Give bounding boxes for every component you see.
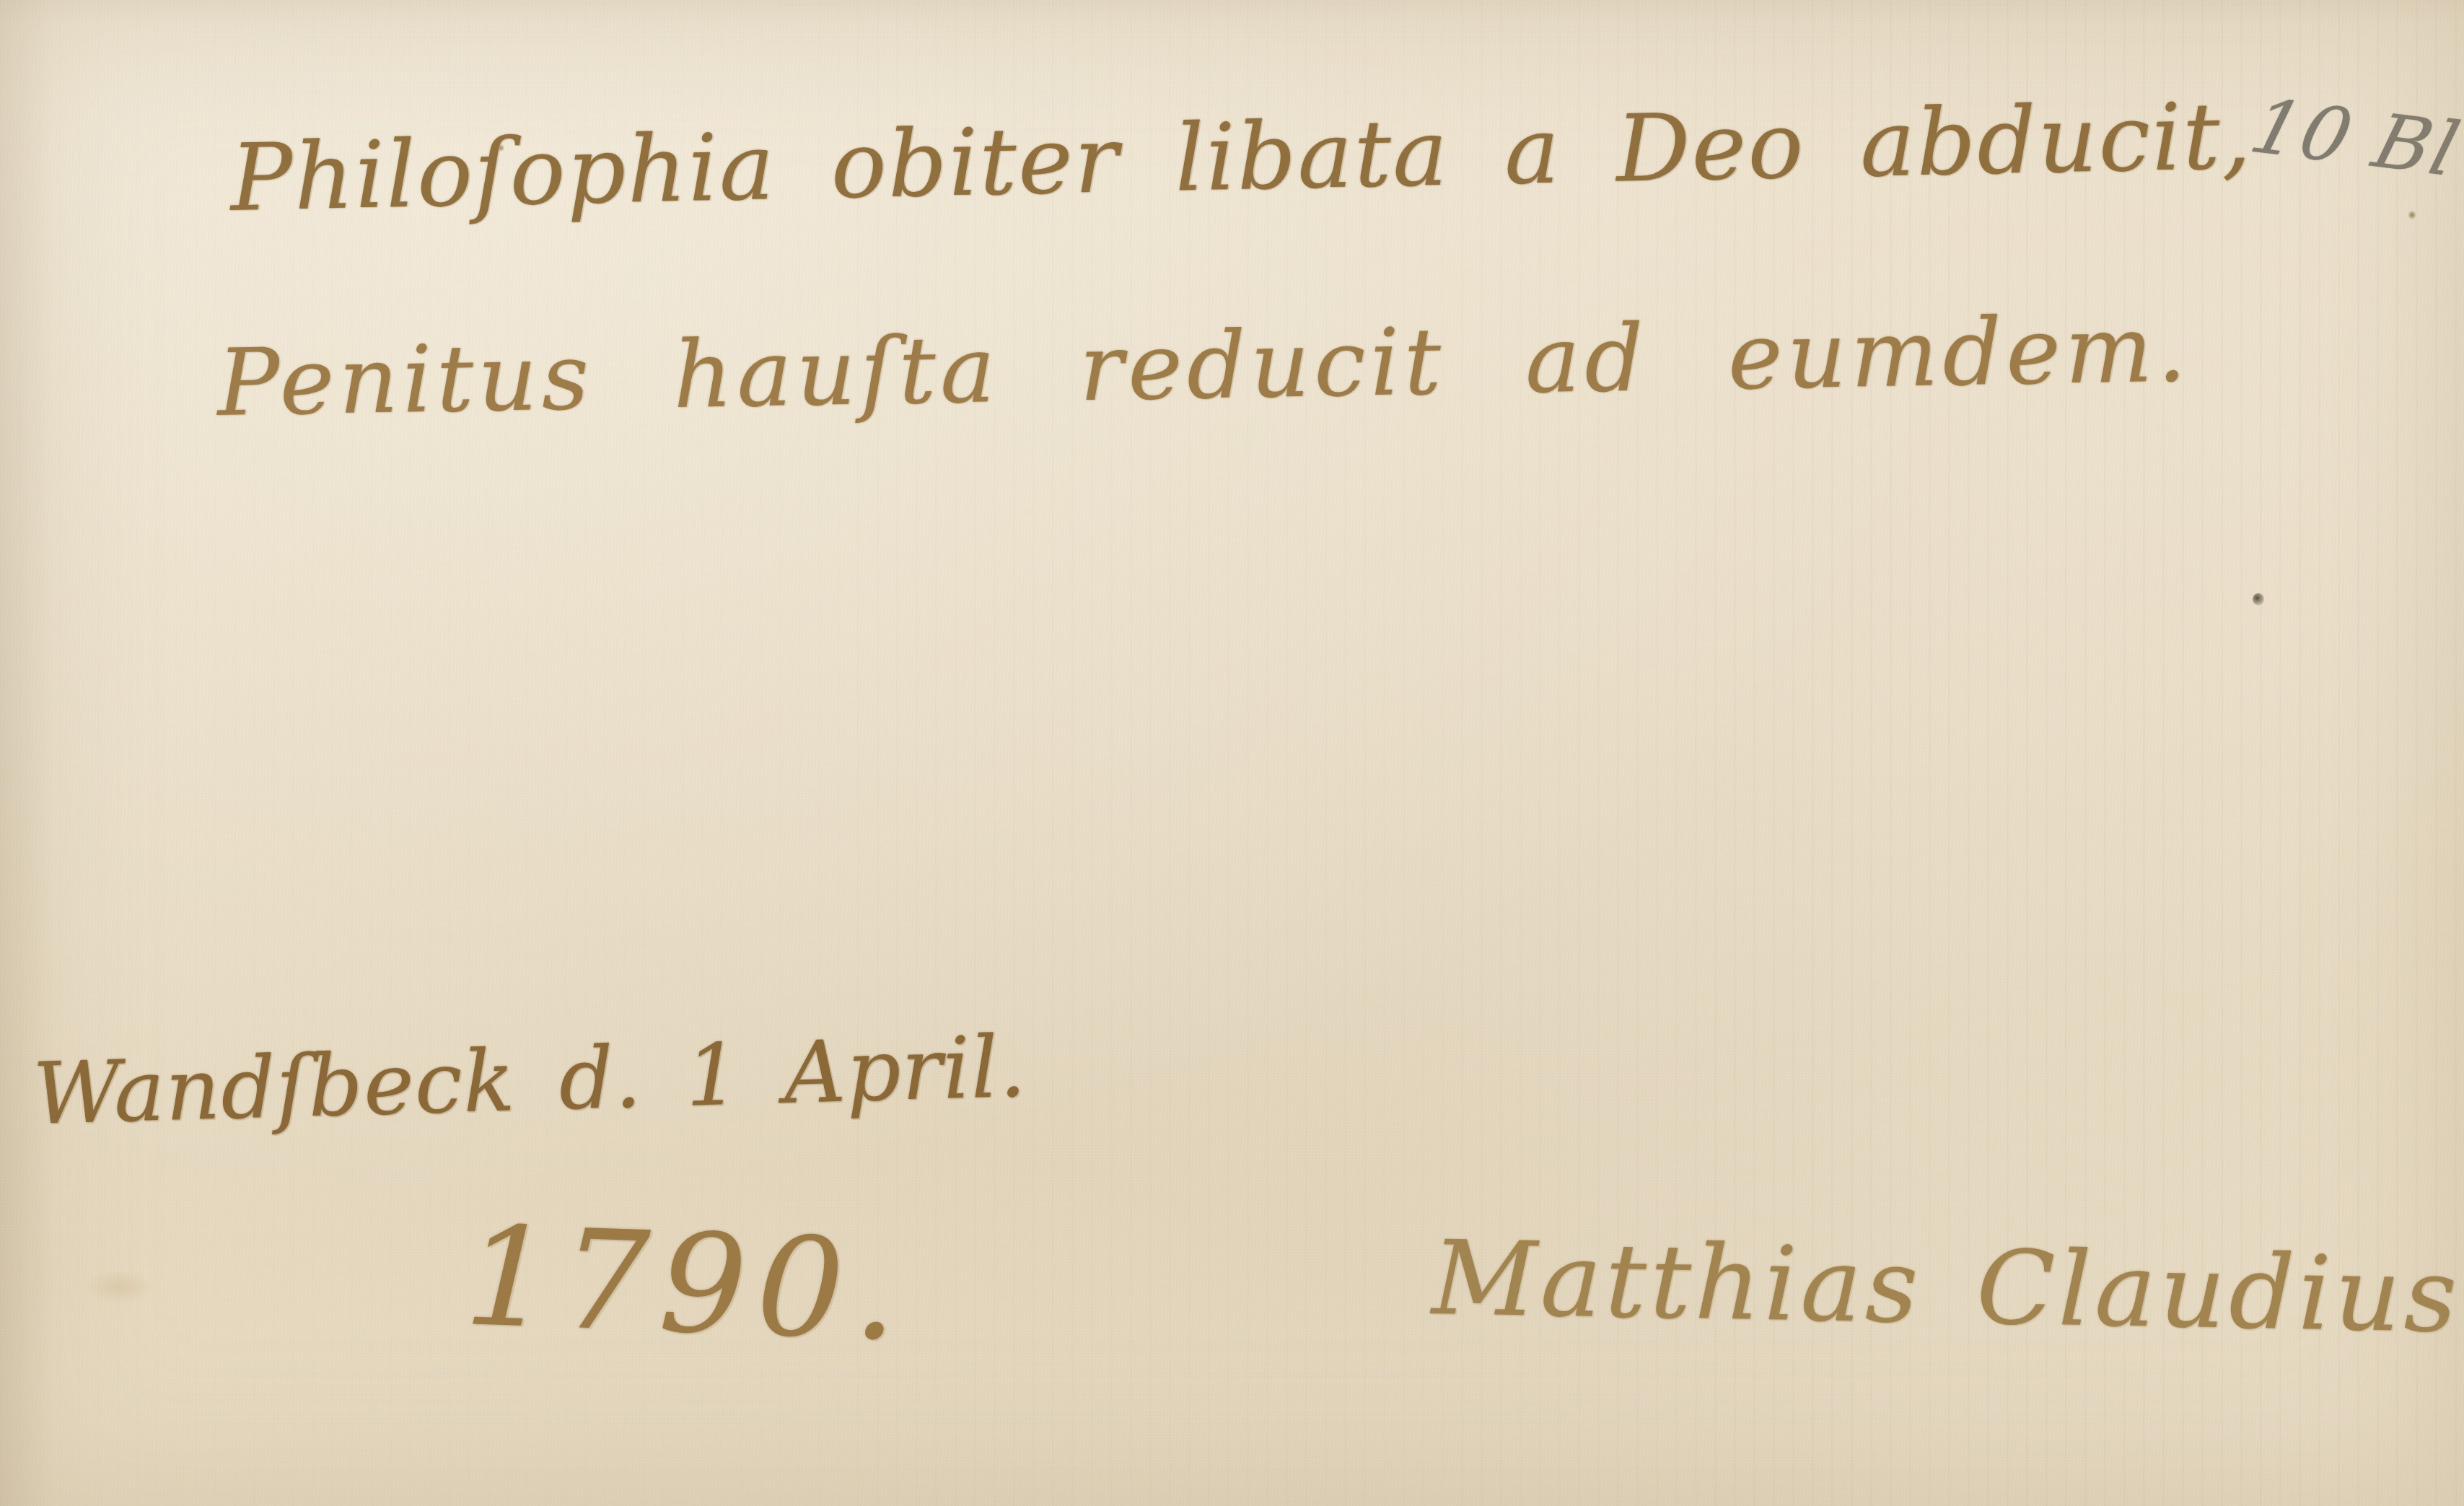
- signature-matthias-claudius: Matthias Claudius.: [1431, 1222, 2464, 1354]
- dateline-place-date: Wandſbeck d. 1 April.: [32, 1020, 1027, 1142]
- folio-number-pencil: 10 Bl: [2242, 85, 2464, 191]
- inscription-line-1: Philoſophia obiter libata a Deo abducit,: [229, 86, 2253, 229]
- inscription-line-2: Penitus hauſta reducit ad eumdem.: [216, 299, 2191, 435]
- ink-speck: [2408, 211, 2416, 219]
- manuscript-page: 10 Bl Philoſophia obiter libata a Deo ab…: [0, 0, 2464, 1506]
- dateline-year: 1790.: [462, 1201, 911, 1367]
- paper-stain: [87, 1270, 152, 1303]
- ink-speck: [2253, 593, 2264, 605]
